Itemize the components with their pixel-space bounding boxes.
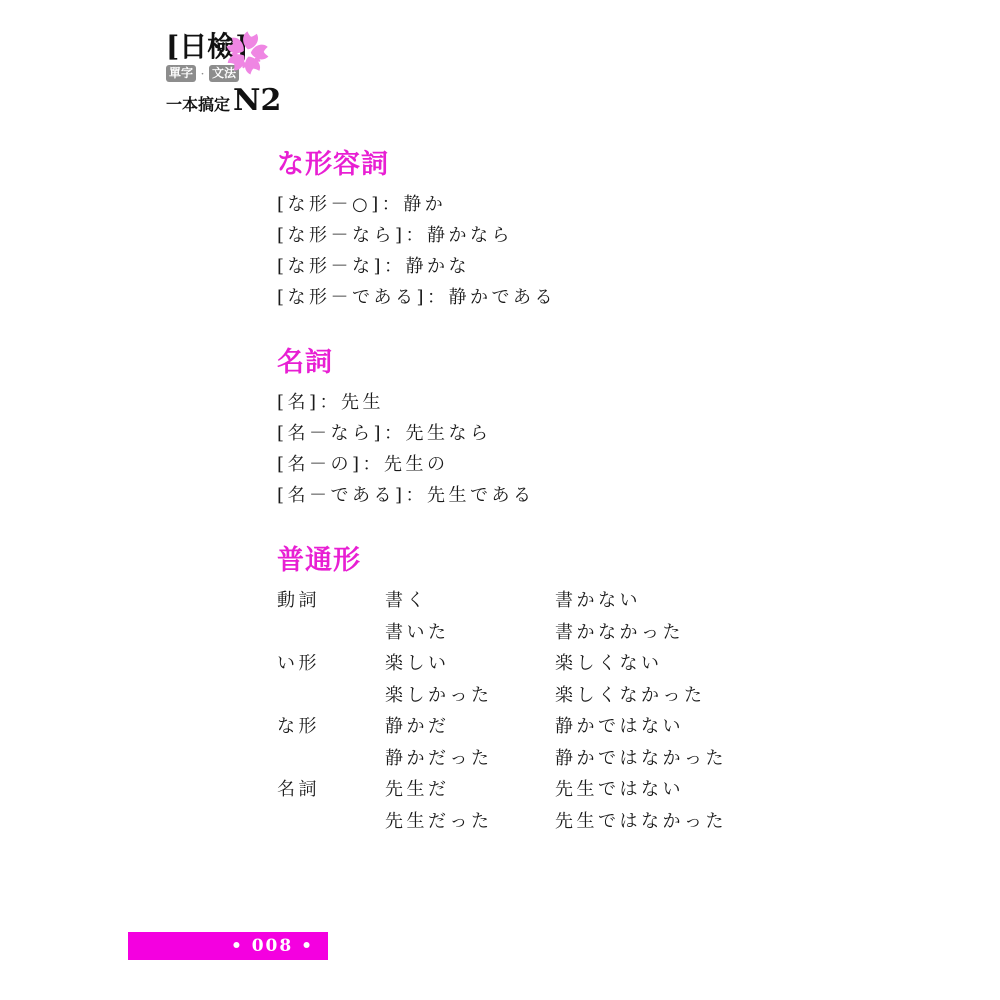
section-heading: 普通形 [277,544,747,577]
section-heading: 名詞 [277,346,747,379]
plain-form: 先生だ [385,774,555,806]
negative-form: 静かではなかった [555,743,747,775]
plain-form: 書く [385,585,555,617]
row-label [277,743,385,775]
negative-form: 書かない [555,585,747,617]
grammar-line: [な形－な]：静かな [277,251,747,282]
negative-form: 書かなかった [555,617,747,649]
grammar-line: [名－である]：先生である [277,480,747,511]
negative-form: 楽しくなかった [555,680,747,712]
row-label: 動詞 [277,585,385,617]
logo-pill-vocabulary: 單字 [166,65,196,82]
row-label: な形 [277,711,385,743]
logo-subtitle-dot: ・ [198,67,207,80]
conjugation-table: 動詞 書く 書かない 書いた 書かなかった い形 楽しい 楽しくない 楽しかった… [277,585,747,837]
logo-tagline: 一本搞定 [166,92,230,115]
negative-form: 先生ではない [555,774,747,806]
row-label [277,680,385,712]
grammar-line: [な形－である]：静かである [277,282,747,313]
page-number: • 008 • [231,936,314,956]
grammar-line: [名－の]：先生の [277,449,747,480]
logo-tagline-row: 一本搞定 N2 [166,83,286,118]
plain-form: 静かだ [385,711,555,743]
plain-form: 先生だった [385,806,555,838]
plain-form: 静かだった [385,743,555,775]
plain-form: 書いた [385,617,555,649]
negative-form: 先生ではなかった [555,806,747,838]
section-lines: [な形－○]：静か [な形－なら]：静かなら [な形－な]：静かな [な形－であ… [277,189,747,313]
negative-form: 楽しくない [555,648,747,680]
book-page: [日檢] [0,0,1000,1000]
section-na-adjective: な形容詞 [な形－○]：静か [な形－なら]：静かなら [な形－な]：静かな [… [277,148,747,313]
grammar-line: [名－なら]：先生なら [277,418,747,449]
plain-form: 楽しかった [385,680,555,712]
grammar-content: な形容詞 [な形－○]：静か [な形－なら]：静かなら [な形－な]：静かな [… [277,148,747,870]
negative-form: 静かではない [555,711,747,743]
row-label: 名詞 [277,774,385,806]
publisher-logo: [日檢] [166,30,286,118]
grammar-line: [名]：先生 [277,387,747,418]
grammar-line: [な形－○]：静か [277,189,747,220]
section-lines: [名]：先生 [名－なら]：先生なら [名－の]：先生の [名－である]：先生で… [277,387,747,511]
row-label: い形 [277,648,385,680]
page-number-bar: • 008 • [128,932,328,960]
sakura-flower-icon [223,24,271,86]
logo-level: N2 [233,83,281,118]
row-label [277,806,385,838]
section-plain-form: 普通形 動詞 書く 書かない 書いた 書かなかった い形 楽しい 楽しくない 楽… [277,544,747,837]
logo-title-row: [日檢] [166,30,286,64]
section-noun: 名詞 [名]：先生 [名－なら]：先生なら [名－の]：先生の [名－である]：… [277,346,747,511]
row-label [277,617,385,649]
section-heading: な形容詞 [277,148,747,181]
grammar-line: [な形－なら]：静かなら [277,220,747,251]
plain-form: 楽しい [385,648,555,680]
